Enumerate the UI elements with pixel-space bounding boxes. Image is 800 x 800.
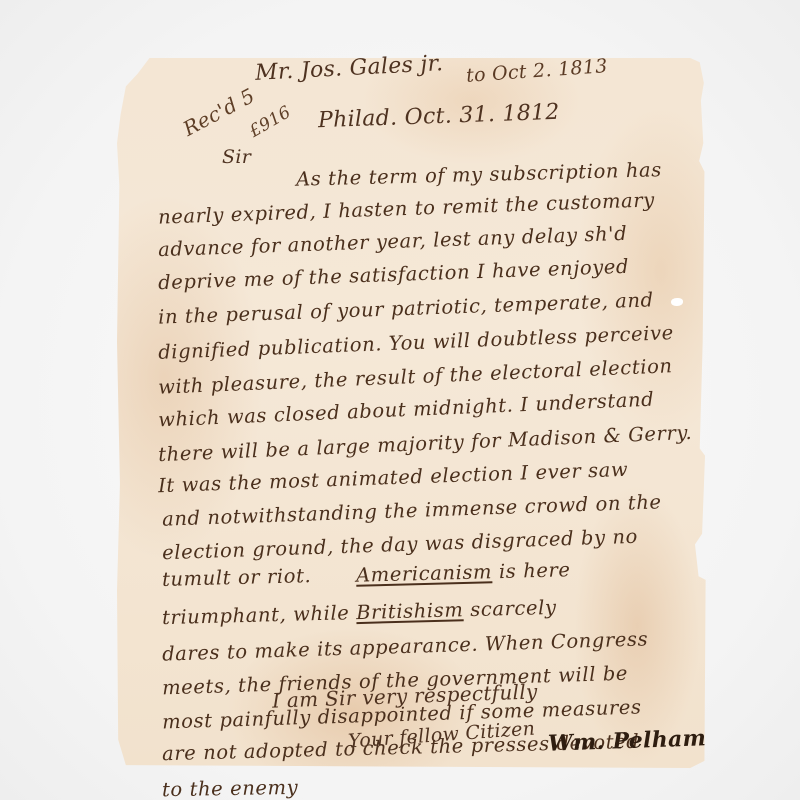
underlined-word: Americanism (356, 560, 493, 587)
signature: Wm. Pelham (548, 725, 707, 757)
body-fragment: triumphant, while (162, 601, 350, 629)
underlined-word: Britishism (356, 598, 464, 624)
salutation: Sir (222, 146, 251, 168)
paper-hole (671, 298, 683, 306)
body-line: to the enemy (162, 776, 299, 800)
body-fragment: scarcely (470, 596, 557, 621)
body-line: tumult or riot. (162, 564, 312, 591)
body-fragment: is here (499, 558, 571, 583)
